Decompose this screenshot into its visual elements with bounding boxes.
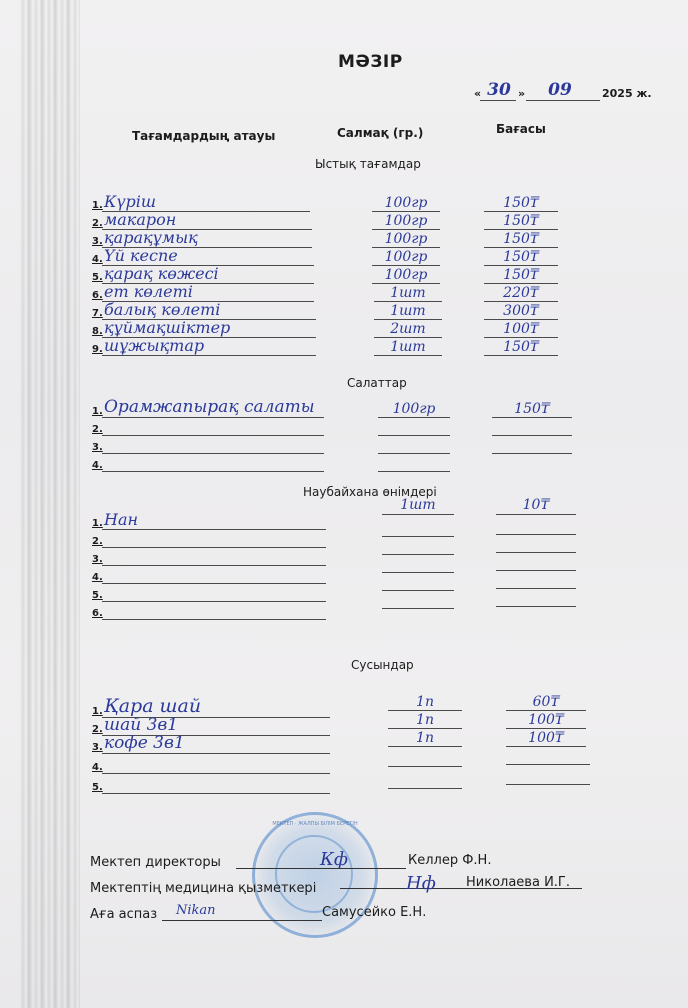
item-weight: 1п xyxy=(388,712,462,728)
item-number: 5. xyxy=(92,782,103,793)
list-item: 4. xyxy=(92,566,582,584)
stamp-text: МЕКТЕП · ЖАЛПЫ БІЛІМ БЕРЕТІН xyxy=(255,821,375,827)
weight-line xyxy=(382,572,454,573)
list-item: 4. xyxy=(92,756,592,774)
weight-line xyxy=(388,710,462,711)
weight-line xyxy=(382,554,454,555)
item-name: Қара шай xyxy=(104,695,201,717)
column-header-price: Бағасы xyxy=(496,122,546,136)
item-weight: 1шт xyxy=(382,497,454,513)
price-line xyxy=(496,514,576,515)
item-name: Нан xyxy=(104,510,138,529)
item-number: 2. xyxy=(92,536,103,547)
item-price: 150₸ xyxy=(484,339,558,355)
item-price: 100₸ xyxy=(506,730,586,746)
weight-line xyxy=(382,590,454,591)
signature-row-chef: Аға аспаз Nikan Самусейко Е.Н. xyxy=(90,902,490,922)
list-item: 1. Нан 1шт 10₸ xyxy=(92,512,582,530)
signature-role: Мектеп директоры xyxy=(90,855,221,870)
item-number: 4. xyxy=(92,572,103,583)
item-name: кофе 3в1 xyxy=(104,733,185,753)
list-item: 3. xyxy=(92,548,582,566)
signature-scribble: Нф xyxy=(406,873,436,894)
item-price: 150₸ xyxy=(484,231,558,247)
item-name: макарон xyxy=(104,210,176,229)
item-name: Күріш xyxy=(104,192,156,211)
list-item: 3. кофе 3в1 1п 100₸ xyxy=(92,736,592,754)
item-name: Орамжапырақ салаты xyxy=(104,397,315,417)
name-line xyxy=(102,793,330,794)
item-price: 150₸ xyxy=(492,401,572,417)
scanner-streaks xyxy=(20,0,80,1008)
price-line xyxy=(506,784,590,785)
list-item: 1. Орамжапырақ салаты 100гр 150₸ xyxy=(92,400,582,418)
item-number: 1. xyxy=(92,200,103,211)
weight-line xyxy=(382,608,454,609)
price-line xyxy=(496,534,576,535)
item-name: қарақұмық xyxy=(104,228,198,247)
date-line: « 30 » 09 2025 ж. xyxy=(470,84,660,102)
signature-row-medic: Мектептің медицина қызметкері Нф Николае… xyxy=(90,876,590,896)
item-number: 3. xyxy=(92,442,103,453)
signature-role: Аға аспаз xyxy=(90,907,157,922)
weight-line xyxy=(388,746,462,747)
item-price: 150₸ xyxy=(484,267,558,283)
item-price: 100₸ xyxy=(484,321,558,337)
item-price: 150₸ xyxy=(484,195,558,211)
item-name: қарақ көжесі xyxy=(104,264,219,283)
item-number: 5. xyxy=(92,272,103,283)
date-close-quote: » xyxy=(518,87,525,100)
date-year: 2025 ж. xyxy=(602,87,652,100)
item-weight: 100гр xyxy=(378,401,450,417)
date-month-underline xyxy=(526,100,600,101)
item-price: 10₸ xyxy=(496,497,576,513)
date-day-underline xyxy=(480,100,516,101)
item-name: шай 3в1 xyxy=(104,715,178,735)
item-weight: 100гр xyxy=(372,267,440,283)
price-line xyxy=(496,588,576,589)
signature-name: Келлер Ф.Н. xyxy=(408,853,491,868)
weight-line xyxy=(378,471,450,472)
section-title-salads: Салаттар xyxy=(347,376,407,390)
column-header-name: Тағамдардың атауы xyxy=(132,129,275,143)
item-number: 4. xyxy=(92,254,103,265)
name-line xyxy=(102,753,330,754)
price-line xyxy=(496,606,576,607)
list-item: 4. xyxy=(92,454,582,472)
section-title-hot-dishes: Ыстық тағамдар xyxy=(315,157,421,171)
list-item: 2. xyxy=(92,418,582,436)
list-item: 6. xyxy=(92,602,582,620)
item-number: 6. xyxy=(92,290,103,301)
item-price: 150₸ xyxy=(484,249,558,265)
item-name: балық көлеті xyxy=(104,300,220,319)
item-weight: 100гр xyxy=(372,249,440,265)
weight-line xyxy=(388,788,462,789)
item-number: 2. xyxy=(92,218,103,229)
price-line xyxy=(506,728,586,729)
item-name: шұжықтар xyxy=(104,336,204,355)
signature-name: Николаева И.Г. xyxy=(466,875,570,890)
signature-role: Мектептің медицина қызметкері xyxy=(90,881,316,896)
item-number: 4. xyxy=(92,460,103,471)
signature-name: Самусейко Е.Н. xyxy=(322,905,426,920)
weight-line xyxy=(388,728,462,729)
list-item: 9. шұжықтар 1шт 150₸ xyxy=(92,338,572,356)
item-number: 1. xyxy=(92,518,103,529)
weight-line xyxy=(388,766,462,767)
price-line xyxy=(506,764,590,765)
signature-line xyxy=(162,920,322,921)
list-item: 5. xyxy=(92,584,582,602)
weight-line xyxy=(382,536,454,537)
weight-line xyxy=(382,514,454,515)
list-item: 3. xyxy=(92,436,582,454)
item-price: 100₸ xyxy=(506,712,586,728)
price-line xyxy=(496,570,576,571)
name-line xyxy=(102,619,326,620)
price-line xyxy=(506,746,586,747)
date-day: 30 xyxy=(482,80,516,100)
item-number: 3. xyxy=(92,742,103,753)
item-price: 150₸ xyxy=(484,213,558,229)
name-line xyxy=(102,355,316,356)
item-weight: 2шт xyxy=(374,321,442,337)
name-line xyxy=(102,773,330,774)
item-number: 3. xyxy=(92,236,103,247)
signature-row-director: Мектеп директоры Кф Келлер Ф.Н. xyxy=(90,852,510,872)
price-line xyxy=(506,710,586,711)
item-price: 60₸ xyxy=(506,694,586,710)
item-weight: 1шт xyxy=(374,303,442,319)
item-number: 5. xyxy=(92,590,103,601)
item-number: 4. xyxy=(92,762,103,773)
signature-scribble: Nikan xyxy=(176,903,216,918)
item-name: Үй кеспе xyxy=(104,246,178,265)
item-name: құймақшіктер xyxy=(104,318,230,337)
item-weight: 100гр xyxy=(372,213,440,229)
item-number: 2. xyxy=(92,424,103,435)
item-number: 2. xyxy=(92,724,103,735)
item-number: 1. xyxy=(92,406,103,417)
item-number: 8. xyxy=(92,326,103,337)
item-weight: 1п xyxy=(388,730,462,746)
section-title-drinks: Сусындар xyxy=(351,658,414,672)
item-number: 6. xyxy=(92,608,103,619)
list-item: 2. xyxy=(92,530,582,548)
date-month: 09 xyxy=(530,80,590,100)
price-line xyxy=(484,355,558,356)
item-weight: 1п xyxy=(388,694,462,710)
item-price: 300₸ xyxy=(484,303,558,319)
weight-line xyxy=(374,355,442,356)
date-open-quote: « xyxy=(474,87,481,100)
item-number: 1. xyxy=(92,706,103,717)
item-number: 3. xyxy=(92,554,103,565)
price-line xyxy=(496,552,576,553)
item-number: 7. xyxy=(92,308,103,319)
signature-scribble: Кф xyxy=(320,849,348,870)
column-header-weight: Салмақ (гр.) xyxy=(337,126,423,140)
item-price: 220₸ xyxy=(484,285,558,301)
item-weight: 1шт xyxy=(374,285,442,301)
item-weight: 1шт xyxy=(374,339,442,355)
name-line xyxy=(102,471,324,472)
item-number: 9. xyxy=(92,344,103,355)
item-weight: 100гр xyxy=(372,195,440,211)
list-item: 5. xyxy=(92,776,592,794)
item-weight: 100гр xyxy=(372,231,440,247)
item-name: ет көлеті xyxy=(104,282,193,301)
page-title: МӘЗІР xyxy=(338,52,403,72)
